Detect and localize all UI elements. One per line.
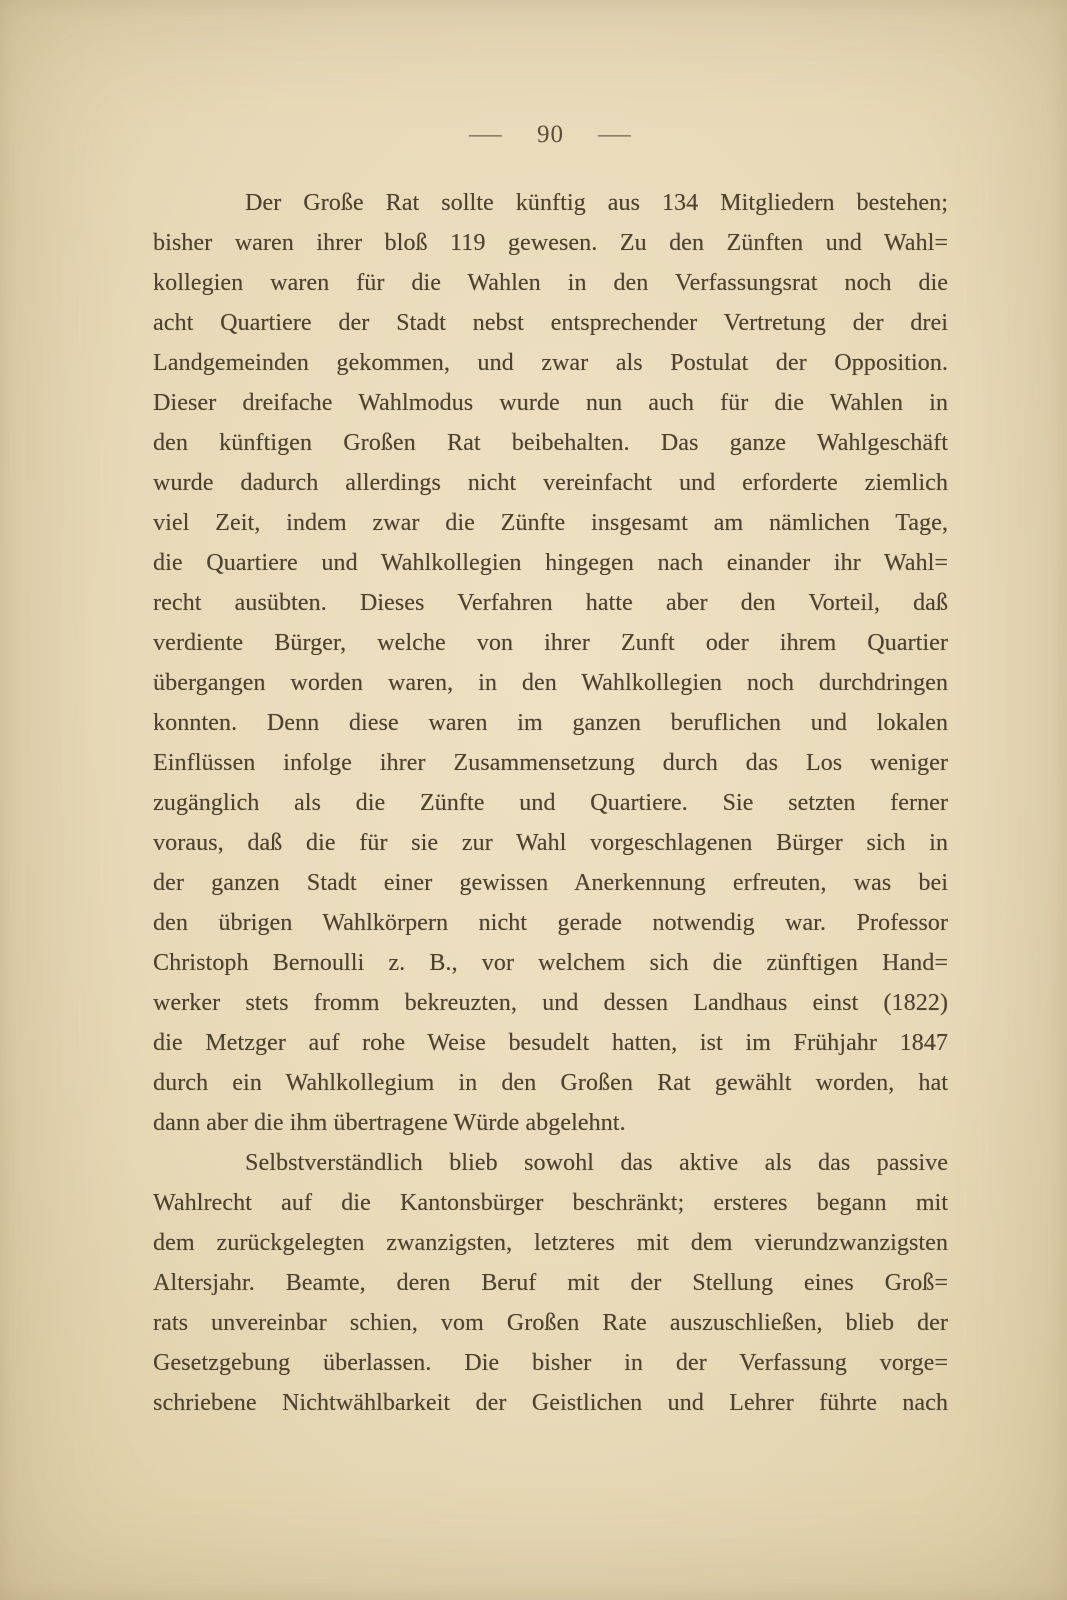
body-text: Der Große Rat sollte künftig aus 134 Mit… <box>153 183 948 1423</box>
text-line: die Metzger auf rohe Weise besudelt hatt… <box>153 1023 948 1063</box>
text-line: Selbstverständlich blieb sowohl das akti… <box>153 1143 948 1183</box>
text-line: Altersjahr. Beamte, deren Beruf mit der … <box>153 1263 948 1303</box>
text-line: konnten. Denn diese waren im ganzen beru… <box>153 703 948 743</box>
text-line: voraus, daß die für sie zur Wahl vorgesc… <box>153 823 948 863</box>
text-line: der ganzen Stadt einer gewissen Anerkenn… <box>153 863 948 903</box>
text-line: schriebene Nichtwählbarkeit der Geistlic… <box>153 1383 948 1423</box>
header-right-dash: — <box>598 121 632 149</box>
text-line: viel Zeit, indem zwar die Zünfte insgesa… <box>153 503 948 543</box>
text-line: wurde dadurch allerdings nicht vereinfac… <box>153 463 948 503</box>
page-number: 90 <box>537 121 564 149</box>
text-line: acht Quartiere der Stadt nebst entsprech… <box>153 303 948 343</box>
text-line: Landgemeinden gekommen, und zwar als Pos… <box>153 343 948 383</box>
text-line: die Quartiere und Wahlkollegien hingegen… <box>153 543 948 583</box>
text-line: den künftigen Großen Rat beibehalten. Da… <box>153 423 948 463</box>
text-line: recht ausübten. Dieses Verfahren hatte a… <box>153 583 948 623</box>
text-line: zugänglich als die Zünfte und Quartiere.… <box>153 783 948 823</box>
running-head: — 90 — <box>153 121 948 149</box>
text-line: Einflüssen infolge ihrer Zusammensetzung… <box>153 743 948 783</box>
text-line: übergangen worden waren, in den Wahlkoll… <box>153 663 948 703</box>
text-line: kollegien waren für die Wahlen in den Ve… <box>153 263 948 303</box>
text-line: den übrigen Wahlkörpern nicht gerade not… <box>153 903 948 943</box>
text-line: Wahlrecht auf die Kantonsbürger beschrän… <box>153 1183 948 1223</box>
text-line: durch ein Wahlkollegium in den Großen Ra… <box>153 1063 948 1103</box>
text-line: rats unvereinbar schien, vom Großen Rate… <box>153 1303 948 1343</box>
text-line: Dieser dreifache Wahlmodus wurde nun auc… <box>153 383 948 423</box>
text-line: Gesetzgebung überlassen. Die bisher in d… <box>153 1343 948 1383</box>
text-line: dem zurückgelegten zwanzigsten, letztere… <box>153 1223 948 1263</box>
text-line: bisher waren ihrer bloß 119 gewesen. Zu … <box>153 223 948 263</box>
header-left-dash: — <box>469 121 503 149</box>
text-line: werker stets fromm bekreuzten, und desse… <box>153 983 948 1023</box>
text-line: Christoph Bernoulli z. B., vor welchem s… <box>153 943 948 983</box>
text-line: Der Große Rat sollte künftig aus 134 Mit… <box>153 183 948 223</box>
text-line: verdiente Bürger, welche von ihrer Zunft… <box>153 623 948 663</box>
text-line: dann aber die ihm übertragene Würde abge… <box>153 1103 948 1143</box>
